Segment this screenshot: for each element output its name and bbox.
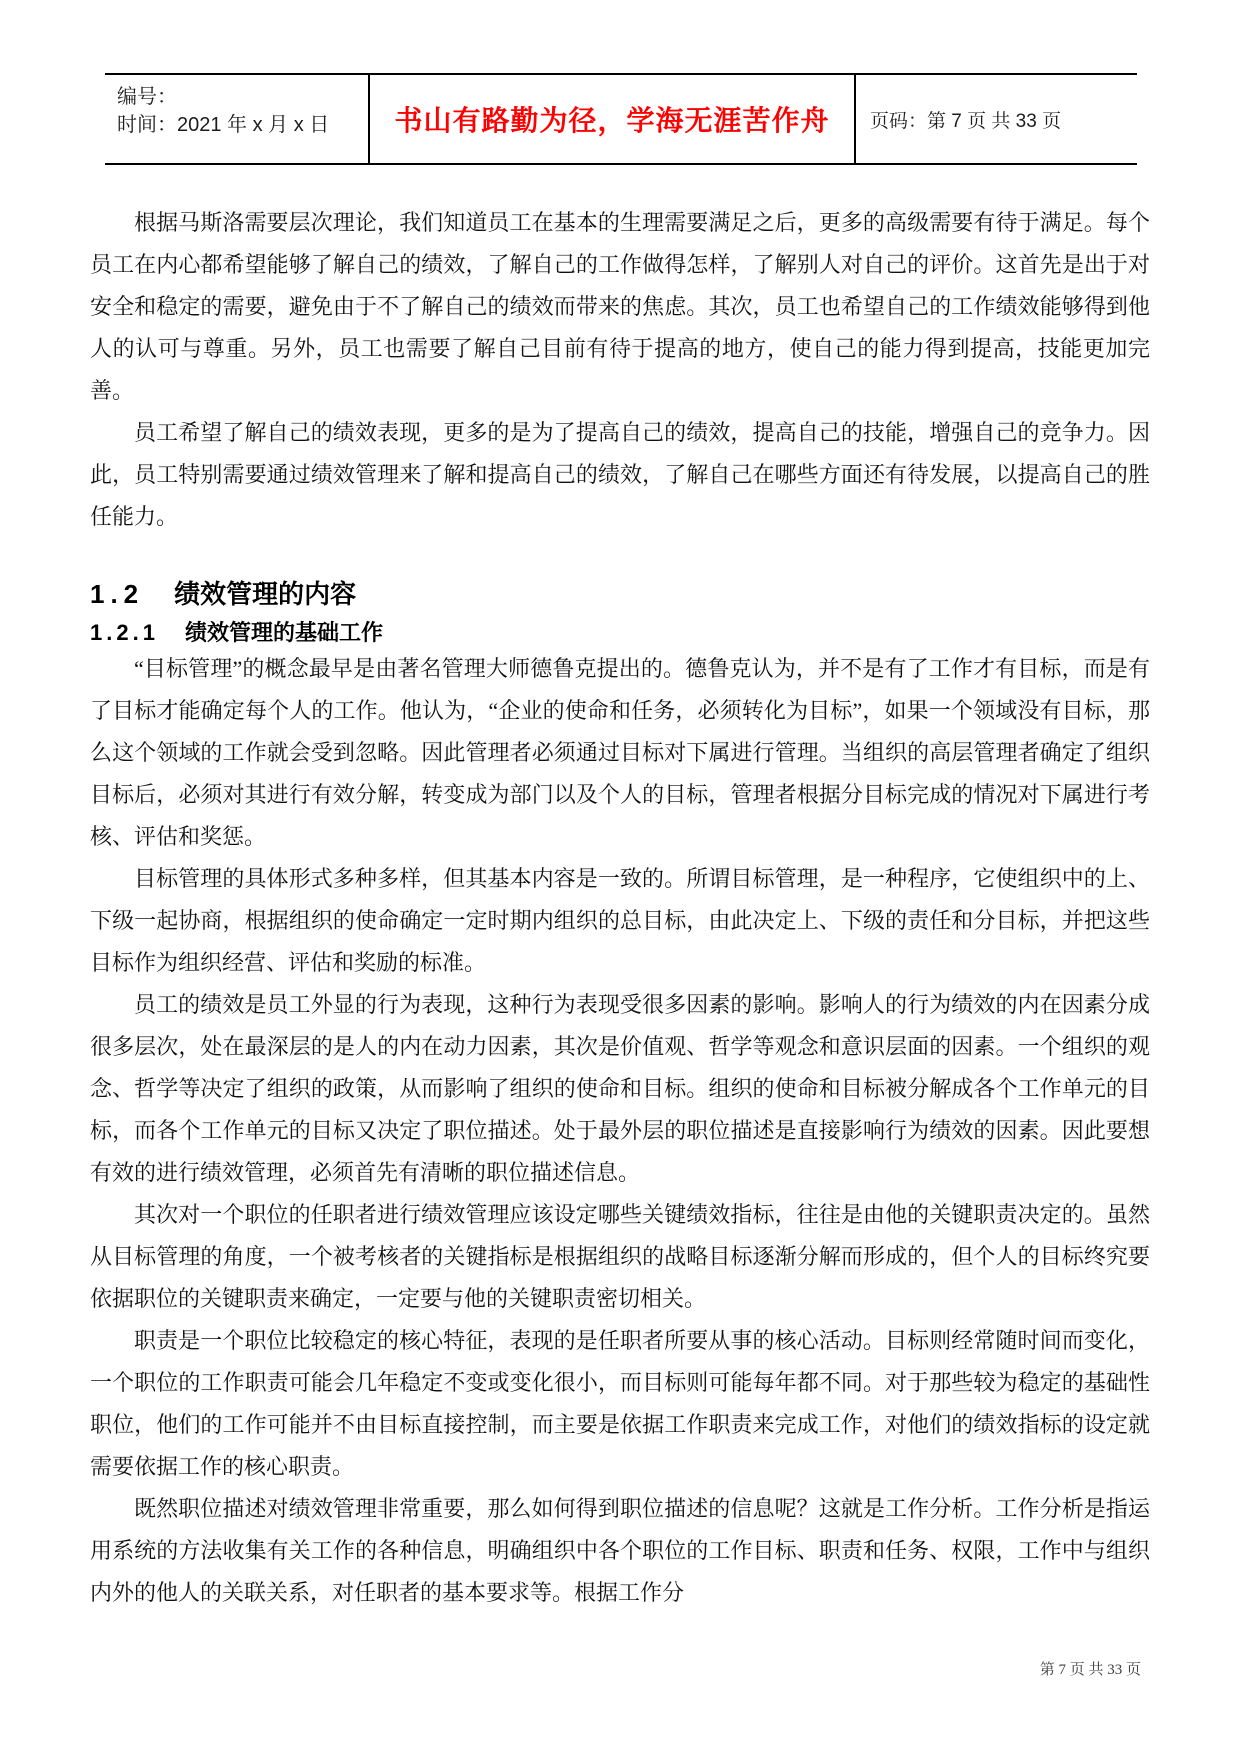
subsection-heading: 1.2.1绩效管理的基础工作 [90,618,1150,648]
section-title: 绩效管理的内容 [174,579,356,609]
paragraph: 目标管理的具体形式多种多样，但其基本内容是一致的。所谓目标管理，是一种程序，它使… [90,858,1150,984]
header-cell-slogan: 书山有路勤为径，学海无涯苦作舟 [368,75,854,163]
paragraph: “目标管理”的概念最早是由著名管理大师德鲁克提出的。德鲁克认为，并不是有了工作才… [90,648,1150,858]
section-number: 1.2 [90,579,144,609]
paragraph: 员工希望了解自己的绩效表现，更多的是为了提高自己的绩效，提高自己的技能，增强自己… [90,412,1150,538]
paragraph: 职责是一个职位比较稳定的核心特征，表现的是任职者所要从事的核心活动。目标则经常随… [90,1320,1150,1488]
document-page: 编号： 时间：2021 年 x 月 x 日 书山有路勤为径，学海无涯苦作舟 页码… [0,0,1241,1754]
header-table: 编号： 时间：2021 年 x 月 x 日 书山有路勤为径，学海无涯苦作舟 页码… [105,73,1137,165]
subsection-number: 1.2.1 [90,620,159,645]
paragraph: 根据马斯洛需要层次理论，我们知道员工在基本的生理需要满足之后，更多的高级需要有待… [90,202,1150,412]
section-heading: 1.2绩效管理的内容 [90,575,1150,613]
page-footer: 第 7 页 共 33 页 [1040,1658,1141,1679]
doc-date-label: 时间：2021 年 x 月 x 日 [117,111,368,139]
paragraph: 既然职位描述对绩效管理非常重要，那么如何得到职位描述的信息呢？这就是工作分析。工… [90,1488,1150,1614]
subsection-title: 绩效管理的基础工作 [185,620,383,645]
header-slogan: 书山有路勤为径，学海无涯苦作舟 [394,99,829,139]
paragraph: 员工的绩效是员工外显的行为表现，这种行为表现受很多因素的影响。影响人的行为绩效的… [90,984,1150,1194]
header-page-label: 页码：第 7 页 共 33 页 [870,106,1061,133]
header-cell-page: 页码：第 7 页 共 33 页 [854,75,1137,163]
paragraph: 其次对一个职位的任职者进行绩效管理应该设定哪些关键绩效指标，往往是由他的关键职责… [90,1194,1150,1320]
doc-number-label: 编号： [117,83,368,111]
header-cell-number-date: 编号： 时间：2021 年 x 月 x 日 [105,75,368,163]
document-body: 根据马斯洛需要层次理论，我们知道员工在基本的生理需要满足之后，更多的高级需要有待… [90,202,1150,1614]
